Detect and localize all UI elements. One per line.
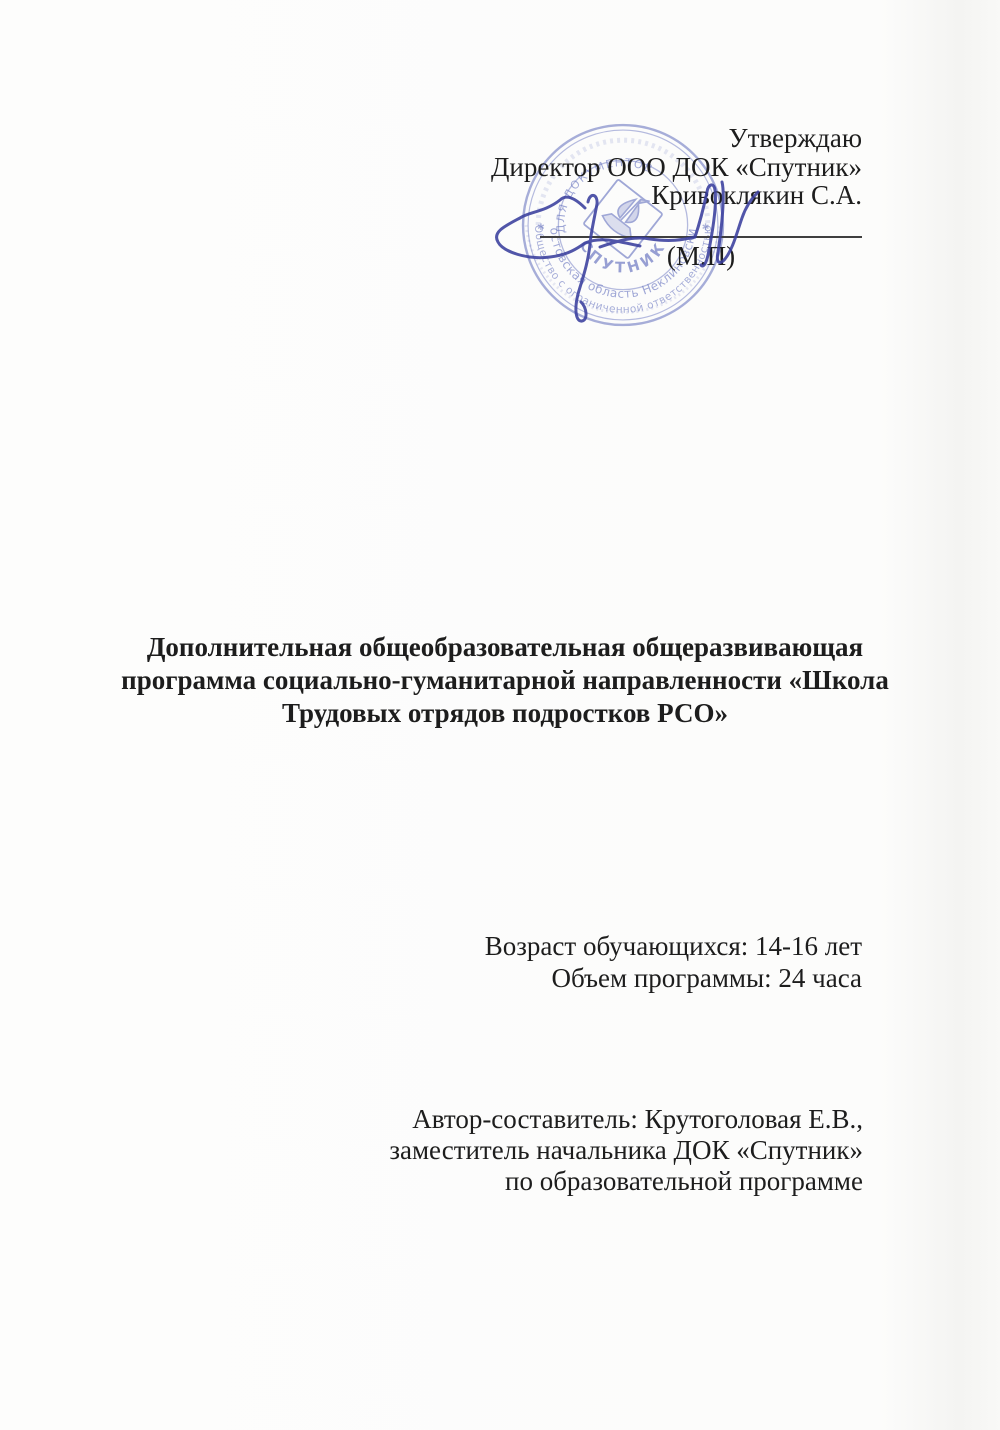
handwritten-signature (470, 160, 800, 420)
title-line-2: программа социально-гуманитарной направл… (100, 664, 910, 697)
approve-word: Утверждаю (491, 124, 862, 153)
author-line-3: по образовательной программе (389, 1166, 863, 1197)
title-line-3: Трудовых отрядов подростков РСО» (100, 697, 910, 730)
author-line-2: заместитель начальника ДОК «Спутник» (389, 1135, 863, 1166)
document-page: Утверждаю Директор ООО ДОК «Спутник» Кри… (0, 0, 1000, 1430)
age-line: Возраст обучающихся: 14-16 лет (485, 931, 862, 963)
document-title: Дополнительная общеобразовательная общер… (100, 631, 910, 730)
title-line-1: Дополнительная общеобразовательная общер… (100, 631, 910, 664)
volume-line: Объем программы: 24 часа (485, 963, 862, 995)
author-line-1: Автор-составитель: Крутоголовая Е.В., (389, 1104, 863, 1135)
author-block: Автор-составитель: Крутоголовая Е.В., за… (389, 1104, 863, 1197)
audience-block: Возраст обучающихся: 14-16 лет Объем про… (485, 931, 862, 994)
